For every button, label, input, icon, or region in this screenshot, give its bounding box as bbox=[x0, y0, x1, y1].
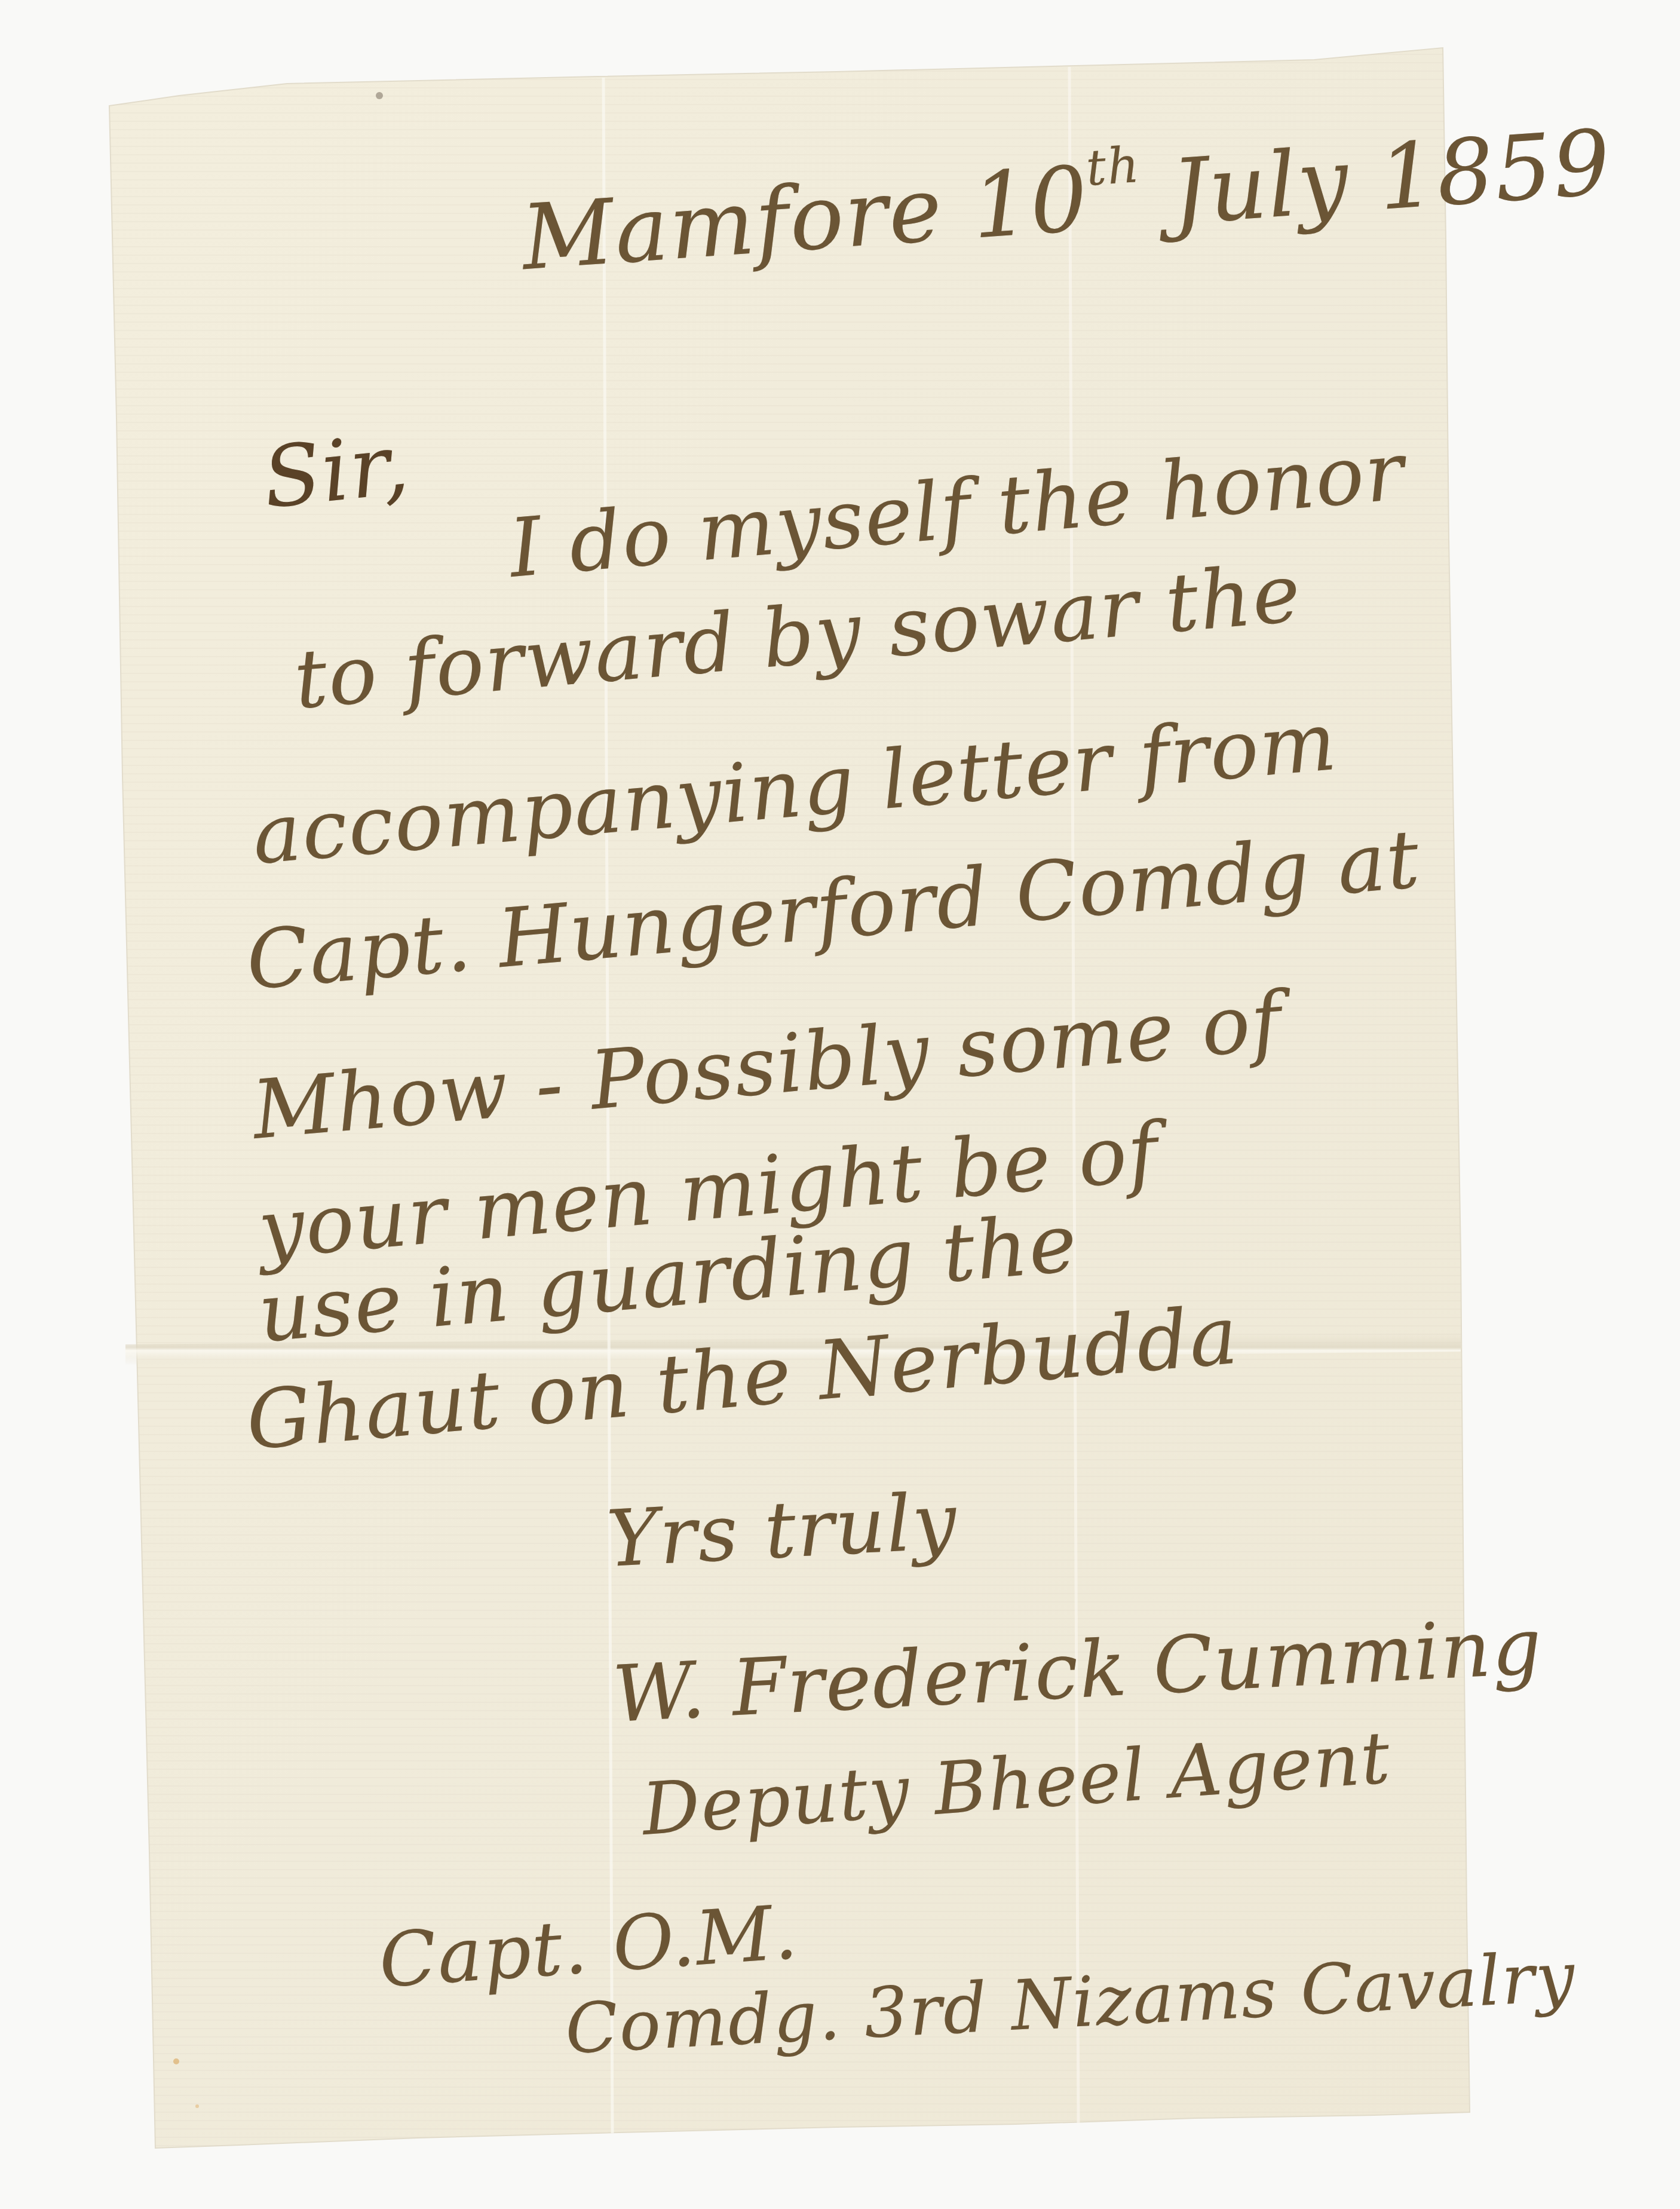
salutation: Sir, bbox=[259, 415, 414, 528]
closing: Yrs truly bbox=[605, 1475, 959, 1585]
scan-stage: Mamfore 10th July 1859 Sir, I do myself … bbox=[0, 0, 1680, 2209]
heading-day: 10 bbox=[968, 147, 1092, 259]
heading-day-suffix: th bbox=[1084, 136, 1142, 197]
